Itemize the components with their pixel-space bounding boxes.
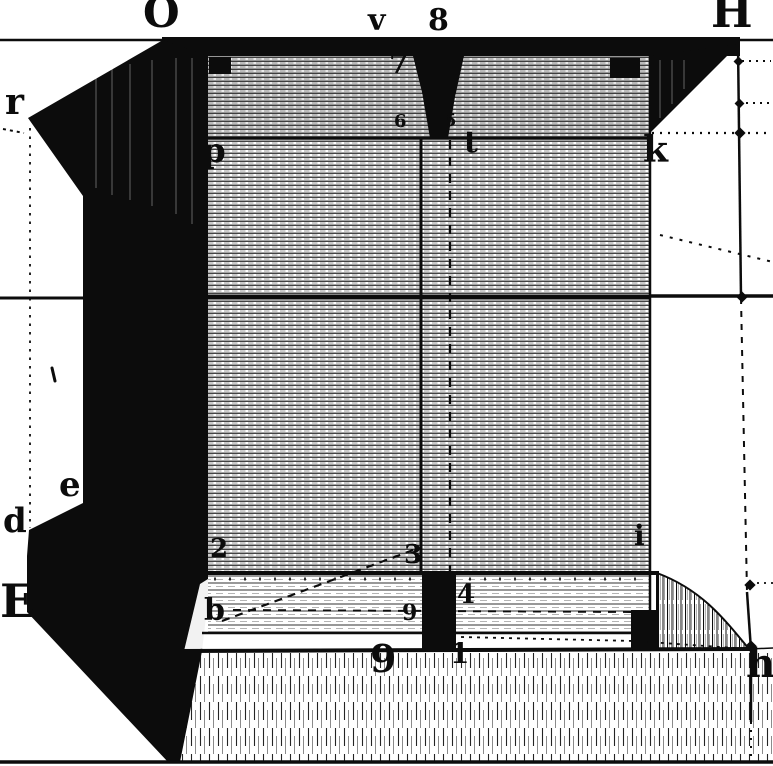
bottom-right-post	[631, 610, 658, 651]
top-left-ink-patch	[209, 57, 231, 74]
top-right-ink-patch	[610, 58, 640, 78]
engraving-geometry	[0, 0, 773, 766]
cube-top-edge-band	[162, 37, 740, 56]
plinth-front-face	[177, 653, 773, 762]
bottom-center-post	[422, 574, 456, 651]
engraving-plate: Ov8Hrp765tkedE2b394i91h	[0, 0, 773, 766]
